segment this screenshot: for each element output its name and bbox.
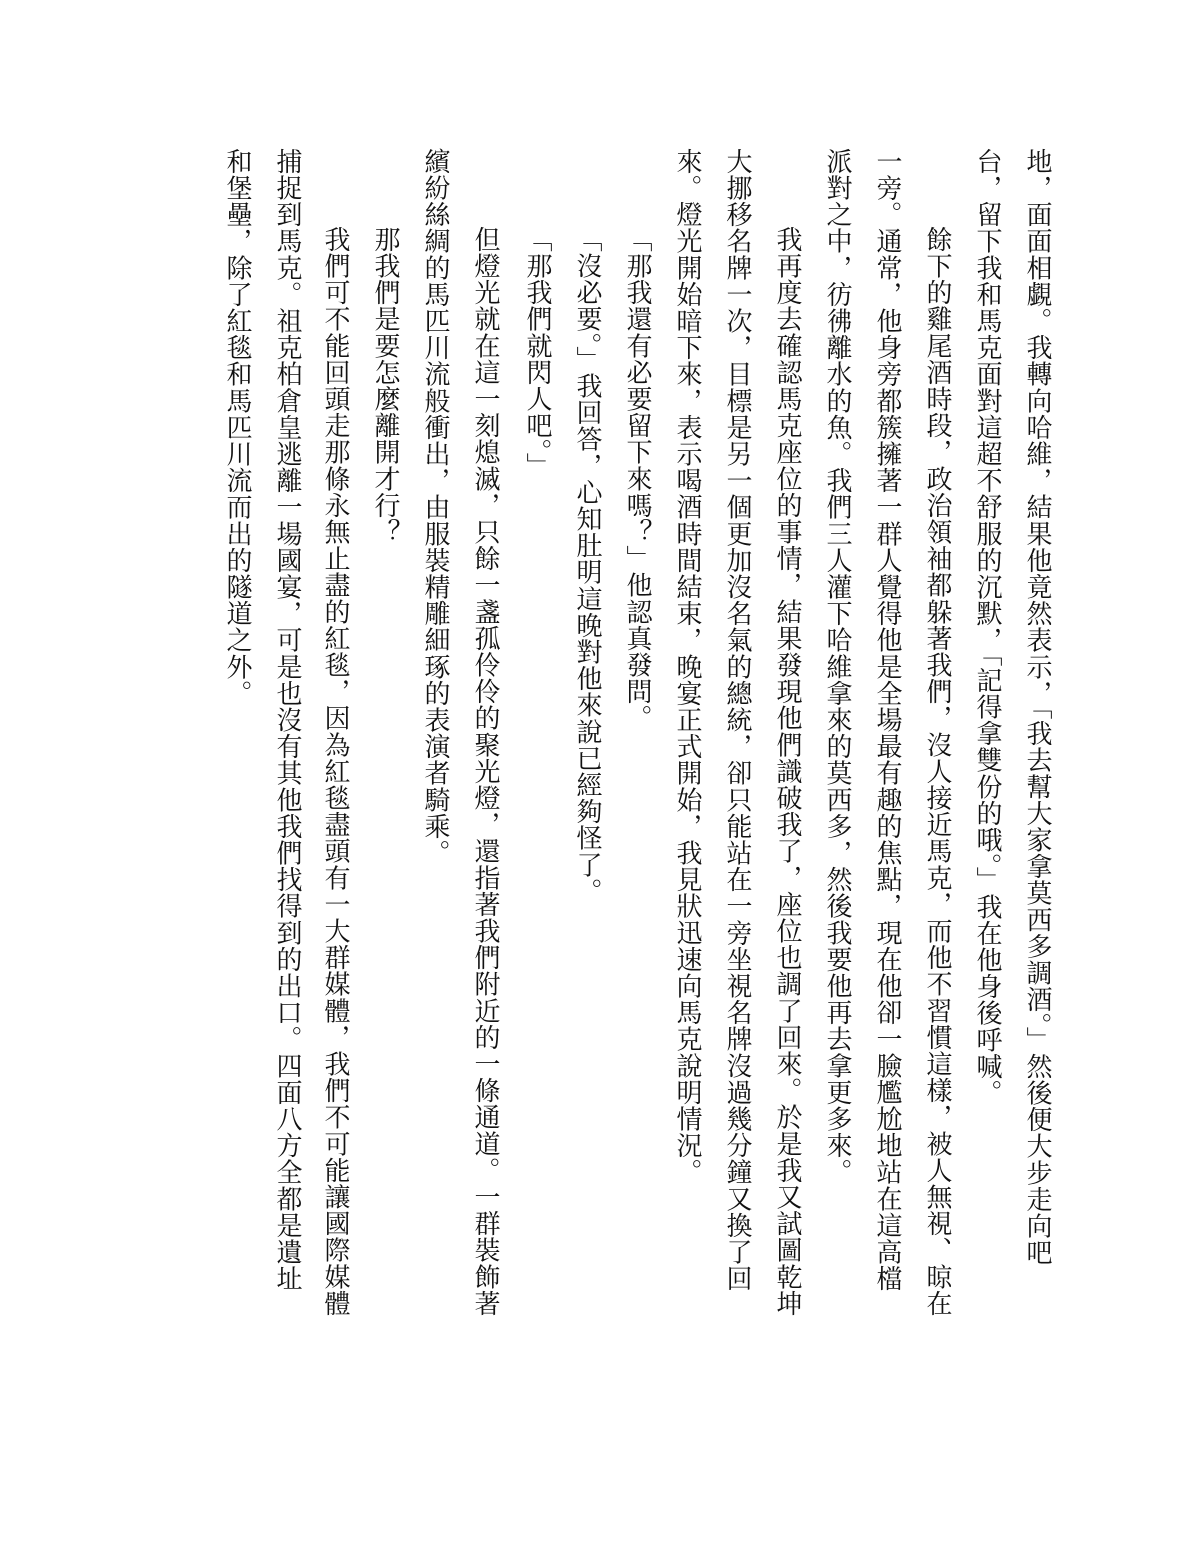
text-column-8: 來。燈光開始暗下來，表示喝酒時間結束，晚宴正式開始，我見狀迅速向馬克說明情況。 — [672, 148, 702, 1185]
text-column-1: 地，面面相覷。我轉向哈維，結果他竟然表示，「我去幫大家拿莫西多調酒。」然後便大步… — [1022, 148, 1052, 1266]
text-column-5: 派對之中，彷彿離水的魚。我們三人灌下哈維拿來的莫西多，然後我要他再去拿更多來。 — [822, 148, 852, 1185]
text-column-14: 那我們是要怎麼離開才行？ — [370, 226, 400, 545]
text-column-16: 捕捉到馬克。祖克柏倉皇逃離一場國宴，可是也沒有其他我們找得到的出口。四面八方全都… — [272, 148, 302, 1292]
book-page: 地，面面相覷。我轉向哈維，結果他竟然表示，「我去幫大家拿莫西多調酒。」然後便大步… — [0, 0, 1200, 1554]
text-column-7: 大挪移名牌一次，目標是另一個更加沒名氣的總統，卻只能站在一旁坐視名牌沒過幾分鐘又… — [722, 148, 752, 1292]
text-column-9: 「那我還有必要留下來嗎？」他認真發問。 — [622, 226, 652, 731]
text-column-17: 和堡壘，除了紅毯和馬匹川流而出的隧道之外。 — [222, 148, 252, 707]
text-column-3: 餘下的雞尾酒時段，政治領袖都躲著我們，沒人接近馬克，而他不習慣這樣，被人無視、晾… — [922, 226, 952, 1317]
text-column-6: 我再度去確認馬克座位的事情，結果發現他們識破我了，座位也調了回來。於是我又試圖乾… — [772, 226, 802, 1317]
text-column-10: 「沒必要。」我回答，心知肚明這晚對他來說已經夠怪了。 — [572, 226, 602, 905]
text-column-11: 「那我們就閃人吧。」 — [522, 226, 552, 479]
text-column-13: 繽紛絲綢的馬匹川流般衝出，由服裝精雕細琢的表演者騎乘。 — [420, 148, 450, 866]
text-column-4: 一旁。通常，他身旁都簇擁著一群人覺得他是全場最有趣的焦點，現在他卻一臉尷尬地站在… — [872, 148, 902, 1292]
text-column-12: 但燈光就在這一刻熄滅，只餘一盞孤伶伶的聚光燈，還指著我們附近的一條通道。一群裝飾… — [470, 226, 500, 1317]
text-column-15: 我們可不能回頭走那條永無止盡的紅毯，因為紅毯盡頭有一大群媒體，我們不可能讓國際媒… — [320, 226, 350, 1317]
text-column-2: 台，留下我和馬克面對這超不舒服的沉默，「記得拿雙份的哦。」我在他身後呼喊。 — [972, 148, 1002, 1106]
